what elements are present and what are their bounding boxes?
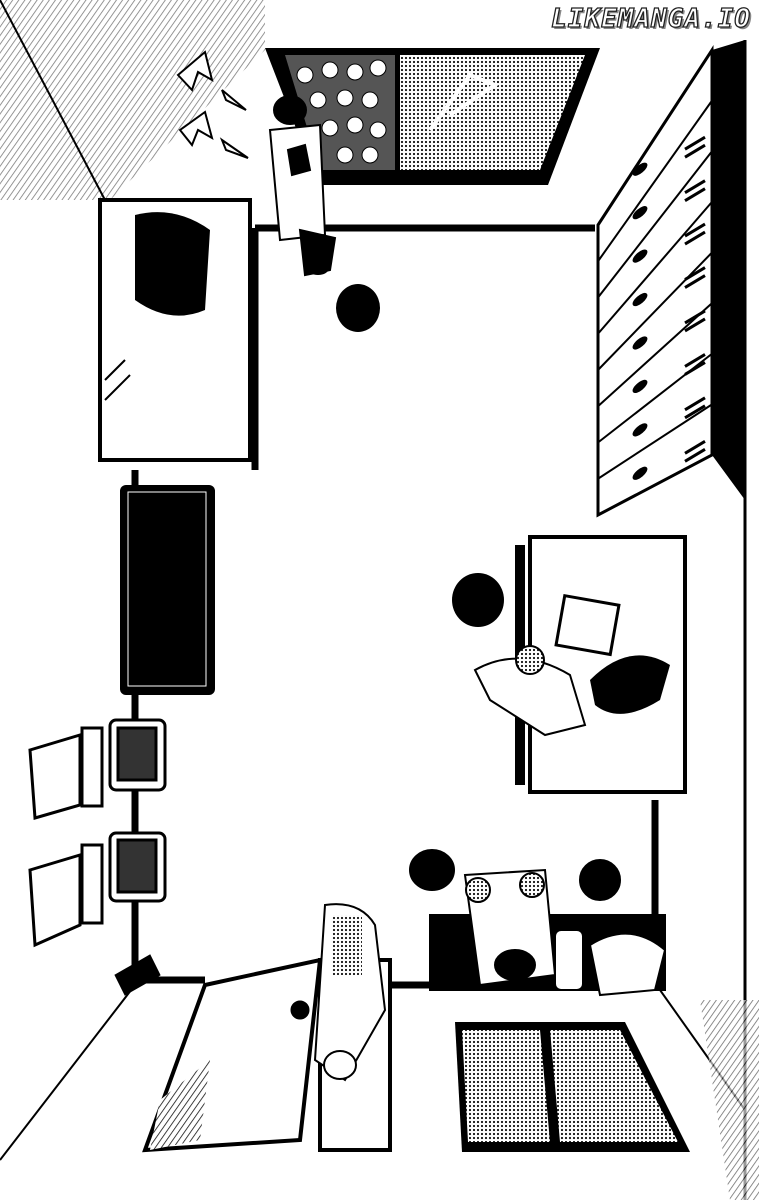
bed-with-lying-figure <box>115 904 390 1150</box>
drawer-cabinet <box>598 40 745 515</box>
sinks <box>30 720 165 945</box>
site-watermark: LIKEMANGA.IO <box>551 4 751 34</box>
room-illustration <box>0 0 759 1200</box>
stool <box>336 284 380 332</box>
left-bench <box>120 485 215 695</box>
bottom-window <box>455 1022 690 1152</box>
right-middle-desk <box>452 537 685 792</box>
left-upper-desk <box>100 200 250 460</box>
bottom-bench-figures <box>410 850 665 995</box>
manga-page: LIKEMANGA.IO <box>0 0 759 1200</box>
